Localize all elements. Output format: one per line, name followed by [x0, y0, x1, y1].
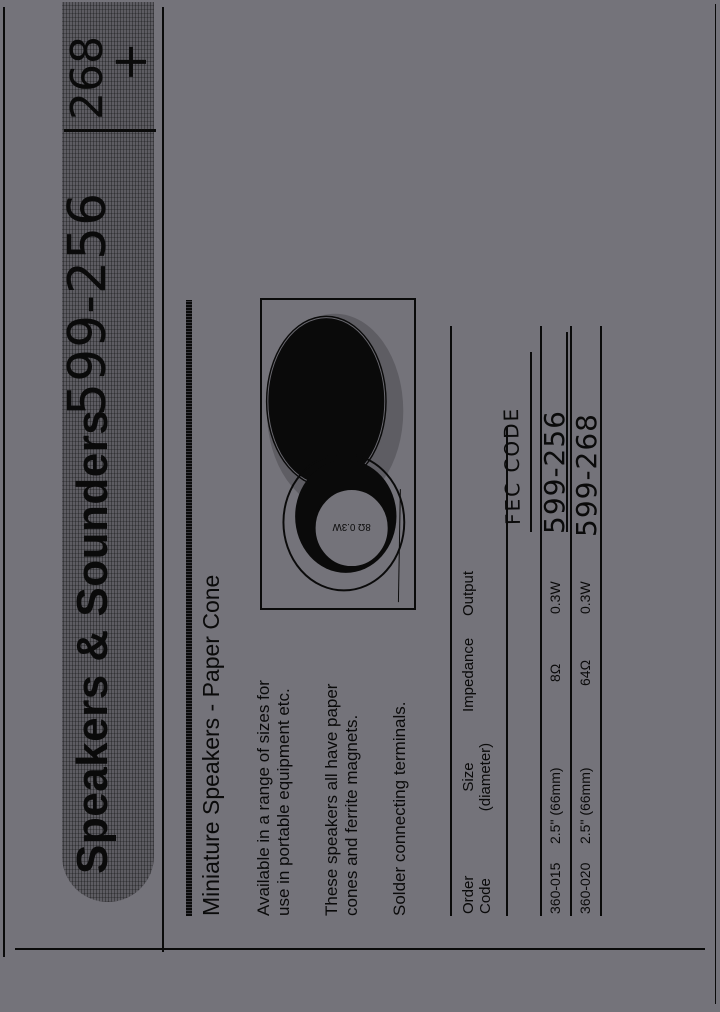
handwritten-underline: [600, 332, 602, 532]
svg-text:8Ω 0.3W: 8Ω 0.3W: [332, 521, 371, 532]
handwritten-plus-mark: +: [110, 42, 150, 82]
col-header-order-code: Order Code: [460, 876, 494, 914]
cell-size: 2.5" (66mm): [577, 767, 594, 844]
scan-edge-bottom: [715, 4, 716, 1004]
col-header-size: Size (diameter): [460, 727, 494, 827]
col-header-impedance: Impedance: [460, 638, 477, 712]
scan-edge-top: [3, 7, 5, 957]
handwritten-fec-code: 599-256: [58, 192, 118, 416]
description-paragraph: These speakers all have paper cones and …: [322, 684, 362, 916]
section-rule: [186, 300, 192, 916]
cell-size: 2.5" (66mm): [547, 767, 564, 844]
section-title: Miniature Speakers - Paper Cone: [198, 575, 225, 916]
description-paragraph: Solder connecting terminals.: [390, 701, 410, 916]
scanned-datasheet-page: Speakers & Sounders 599-256 268 + Miniat…: [0, 0, 720, 1012]
banner-title: Speakers & Sounders: [68, 410, 118, 874]
table-top-rule: [450, 326, 452, 916]
cell-order-code: 360-020: [577, 863, 594, 914]
handwritten-divider: [64, 129, 156, 132]
cell-output: 0.3W: [577, 581, 594, 614]
cell-impedance: 64Ω: [577, 660, 594, 686]
speaker-image: 8Ω 0.3W: [262, 300, 414, 608]
page-margin-rule: [162, 7, 164, 952]
handwritten-fec-header: FEC CODE: [499, 407, 525, 526]
cell-output: 0.3W: [547, 581, 564, 614]
speaker-photo: 8Ω 0.3W: [260, 298, 416, 610]
cell-impedance: 8Ω: [547, 664, 564, 682]
handwritten-underline: [566, 332, 568, 532]
cell-order-code: 360-015: [547, 863, 564, 914]
col-header-output: Output: [460, 571, 477, 616]
handwritten-fec-value: 599-268: [570, 413, 603, 537]
handwritten-underline: [530, 352, 532, 532]
description-paragraph: Available in a range of sizes for use in…: [254, 680, 294, 916]
scan-edge-left: [15, 948, 705, 950]
